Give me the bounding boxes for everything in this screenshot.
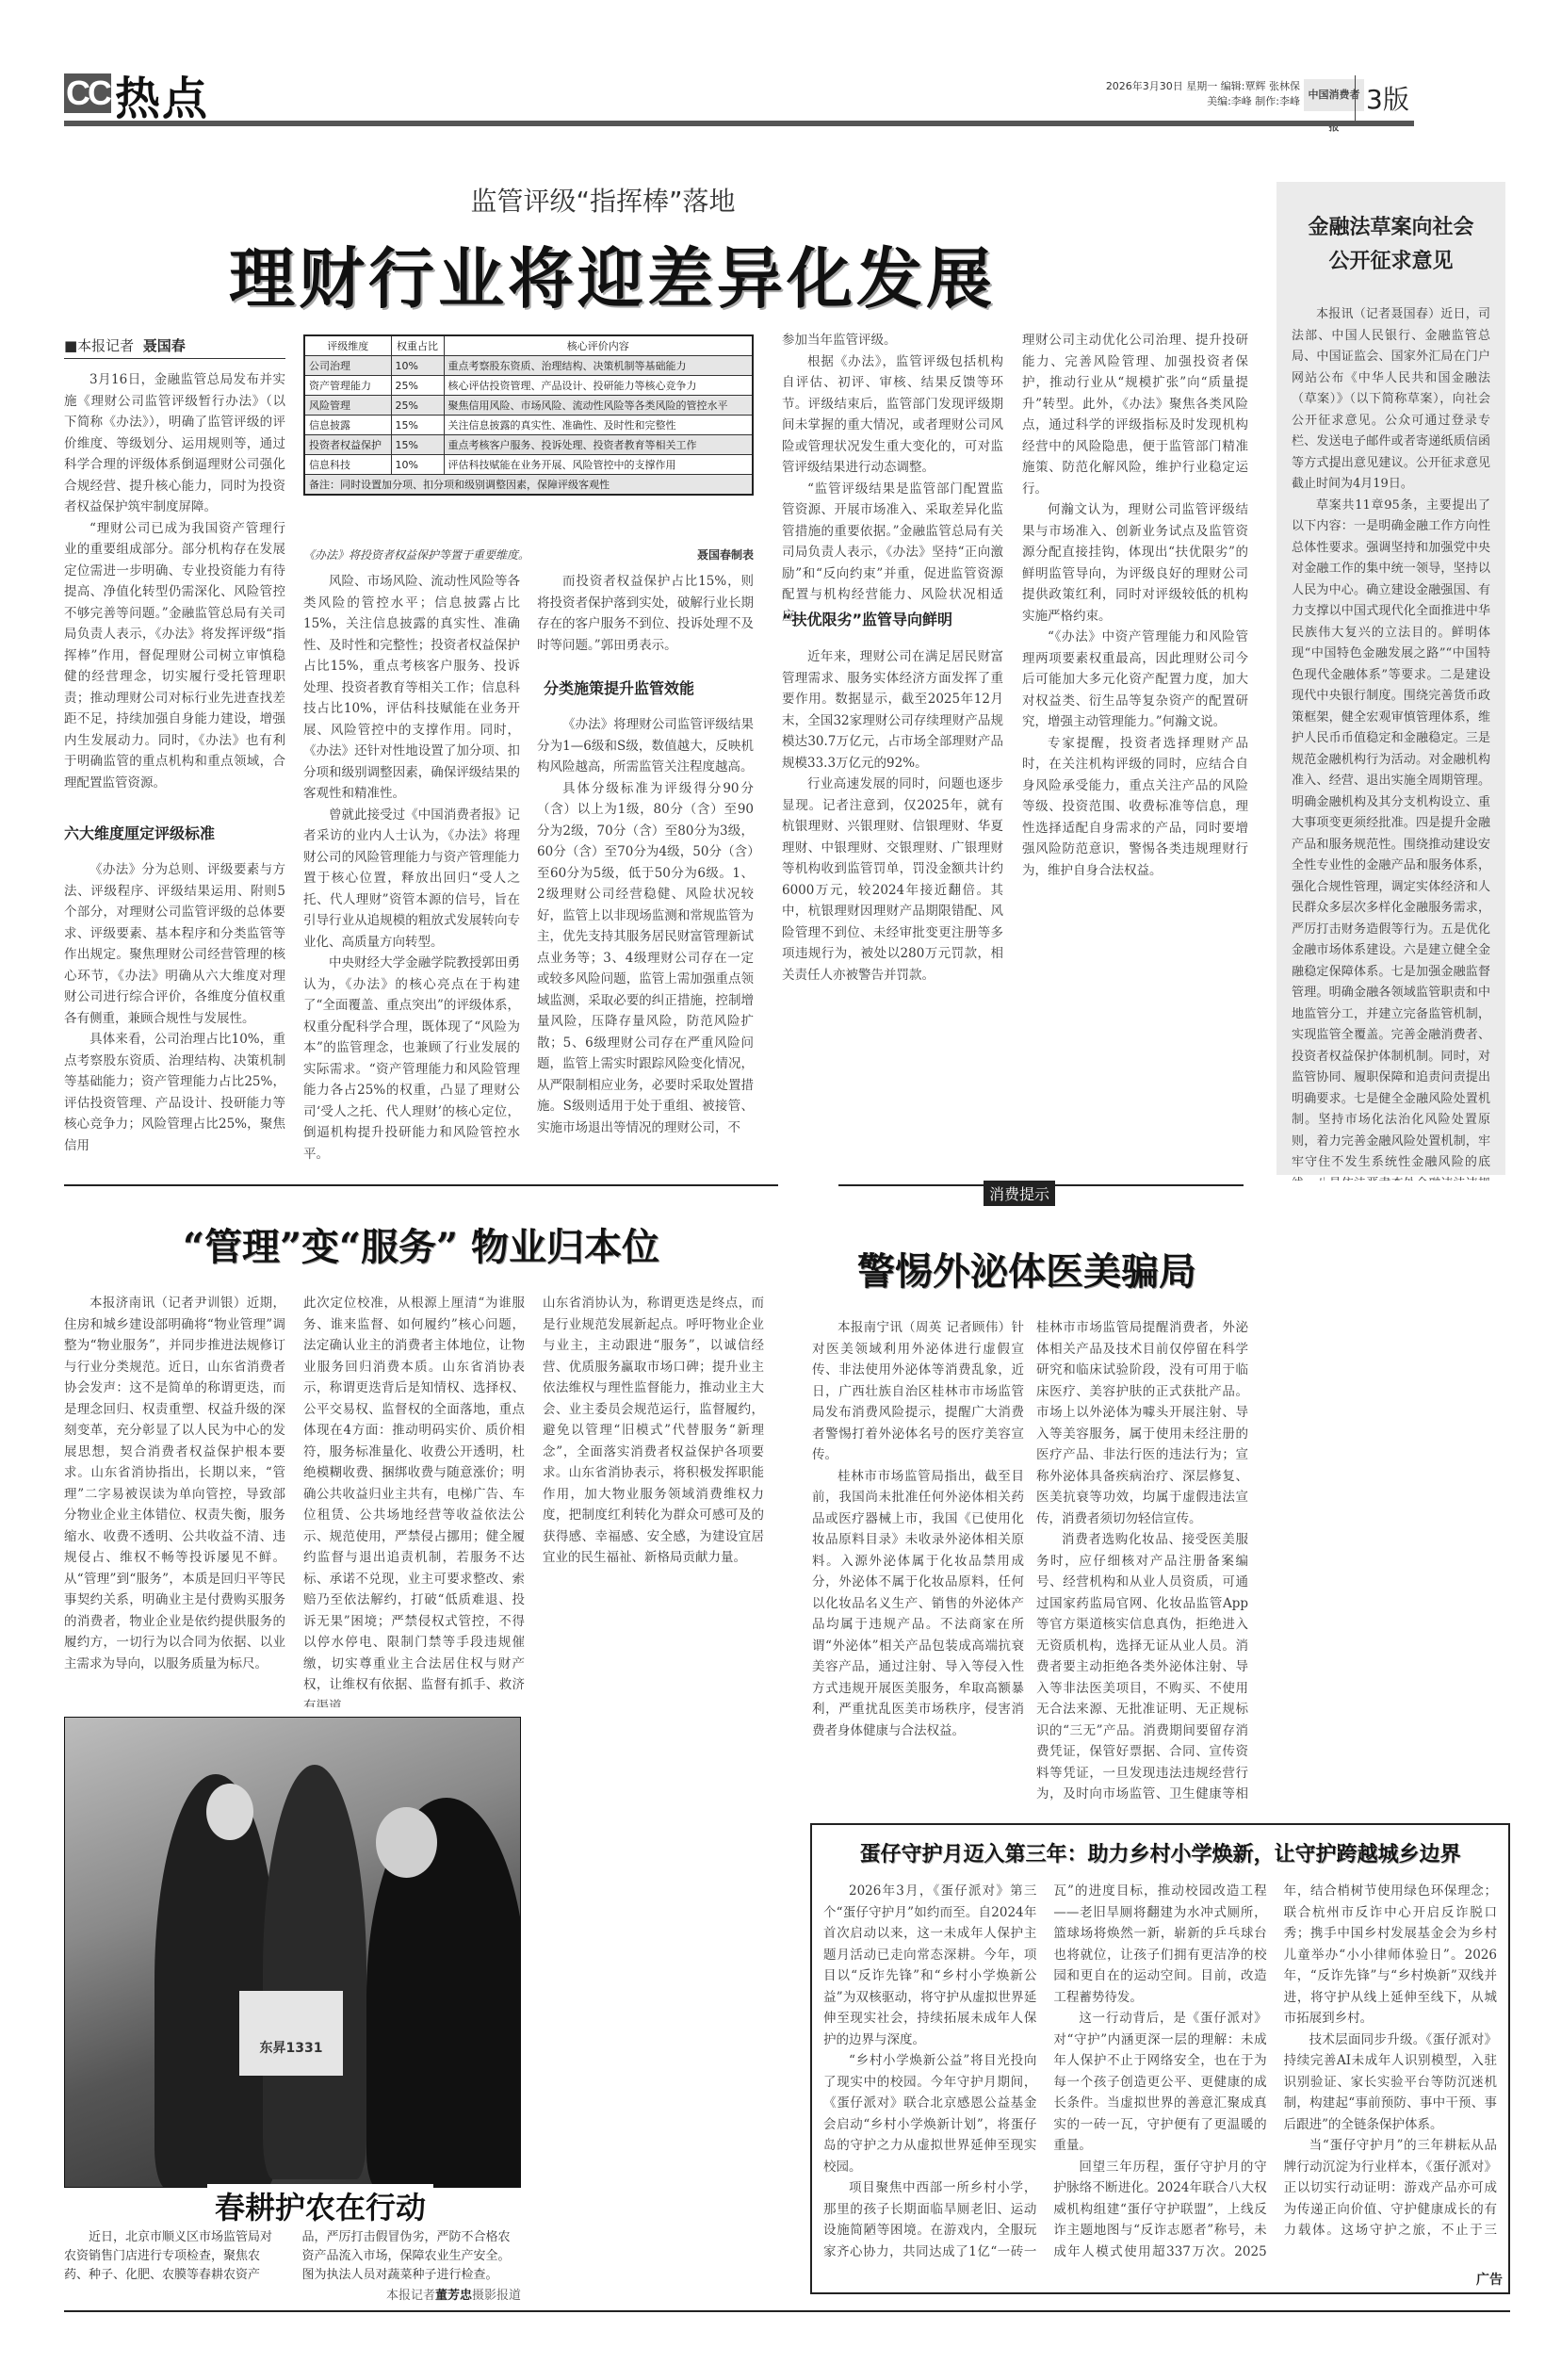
table-cell: 评估科技赋能在业务开展、风险管控中的支撑作用 bbox=[444, 455, 753, 475]
sidebar-title-line: 金融法草案向社会 bbox=[1292, 210, 1490, 244]
lead-para: 而投资者权益保护占比15%，则将投资者保护落到实处，破解行业长期存在的客户服务不… bbox=[537, 571, 754, 656]
ad-headline: 蛋仔守护月迈入第三年：助力乡村小学焕新，让守护跨越城乡边界 bbox=[823, 1838, 1497, 1867]
lead-col-1: 3月16日，金融监管总局发布并实施《理财公司监管评级暂行办法》（以下简称《办法》… bbox=[64, 369, 285, 793]
masthead-meta: 2026年3月30日 星期一 编辑:覃辉 张林保 美编:李峰 制作:李峰 bbox=[994, 79, 1300, 109]
lead-para: 具体来看，公司治理占比10%，重点考察股东资质、治理结构、决策机制等基础能力；资… bbox=[64, 1029, 285, 1156]
ad-para: “乡村小学焕新公益”将目光投向了现实中的校园。今年守护月期间，《蛋仔派对》联合北… bbox=[823, 2050, 1036, 2177]
lead-para: 具体分级标准为评级得分90分（含）以上为1级，80分（含）至90分为2级，70分… bbox=[537, 778, 754, 1139]
table-cell: 聚焦信用风险、市场风险、流动性风险等各类风险的管控水平 bbox=[444, 396, 753, 416]
table-cell: 15% bbox=[391, 435, 444, 455]
rating-table: 评级维度 权重占比 核心评价内容 公司治理 10% 重点考察股东资质、治理结构、… bbox=[303, 334, 754, 496]
sidebar-para: 草案共11章95条，主要提出了以下内容：一是明确金融工作方向性总体性要求。强调坚… bbox=[1292, 496, 1490, 1182]
lead-col-2: 风险、市场风险、流动性风险等各类风险的管控水平；信息披露占比15%，关注信息披露… bbox=[303, 571, 520, 1174]
lead-col-3b: 《办法》将理财公司监管评级结果分为1—6级和S级，数值越大，反映机构风险越高，所… bbox=[537, 714, 754, 1174]
masthead-logo: CCN bbox=[64, 73, 111, 113]
ad-para: 2026年3月，《蛋仔派对》第三个“蛋仔守护月”如约而至。自2024年首次启动以… bbox=[823, 1881, 1036, 2050]
photo-credit: 本报记者董芳忠摄影报道 bbox=[283, 2285, 521, 2303]
lead-col-3: 而投资者权益保护占比15%，则将投资者保护落到实处，破解行业长期存在的客户服务不… bbox=[537, 571, 754, 656]
photo-figure-officer bbox=[154, 1774, 277, 2188]
section-rule bbox=[64, 1184, 778, 1186]
table-caption-text: 《办法》将投资者权益保护等置于重要维度。 bbox=[303, 548, 529, 562]
table-cell: 15% bbox=[391, 416, 444, 435]
lead-para: 《办法》将理财公司监管评级结果分为1—6级和S级，数值越大，反映机构风险越高，所… bbox=[537, 714, 754, 778]
sidebar-title-line: 公开征求意见 bbox=[1292, 244, 1490, 278]
credit-name: 董芳忠 bbox=[435, 2289, 472, 2303]
table-note-row: 备注：同时设置加分项、扣分项和级别调整因素，保障评级客观性 bbox=[304, 475, 753, 496]
table-cell: 关注信息披露的真实性、准确性、及时性和完整性 bbox=[444, 416, 753, 435]
editors-line: 美编:李峰 制作:李峰 bbox=[994, 94, 1300, 109]
lead-para: 中央财经大学金融学院教授郭田勇认为，《办法》的核心亮点在于构建了“全面覆盖、重点… bbox=[303, 953, 520, 1165]
property-col-1: 本报济南讯（记者尹训银）近期，住房和城乡建设部明确将“物业管理”调整为“物业服务… bbox=[64, 1293, 285, 1707]
table-row: 信息披露 15% 关注信息披露的真实性、准确性、及时性和完整性 bbox=[304, 416, 753, 435]
lead-col-5: 理财公司主动优化公司治理、提升投研能力、完善风险管理、加强投资者保护，推动行业从… bbox=[1022, 330, 1248, 1174]
sidebar-box: 金融法草案向社会 公开征求意见 本报讯（记者聂国春）近日，司法部、中国人民银行、… bbox=[1276, 182, 1505, 1175]
date-line: 2026年3月30日 星期一 编辑:覃辉 张林保 bbox=[994, 79, 1300, 94]
lead-para: 3月16日，金融监管总局发布并实施《理财公司监管评级暂行办法》（以下简称《办法》… bbox=[64, 369, 285, 518]
photo-title: 春耕护农在行动 bbox=[207, 2184, 433, 2227]
consumer-tip-headline: 警惕外泌体医美骗局 bbox=[810, 1242, 1244, 1296]
lead-para: “《办法》中资产管理能力和风险管理两项要素权重最高，因此理财公司今后可能加大多元… bbox=[1022, 627, 1248, 733]
lead-subhead-2: 分类施策提升监管效能 bbox=[544, 677, 760, 698]
lead-byline: ■本报记者 聂国春 bbox=[64, 335, 285, 359]
property-headline: “管理”变“服务” 物业归本位 bbox=[64, 1217, 778, 1271]
lead-para: 风险、市场风险、流动性风险等各类风险的管控水平；信息披露占比15%，关注信息披露… bbox=[303, 571, 520, 805]
byline-prefix: ■本报记者 bbox=[64, 337, 134, 354]
consumer-col-2: 桂林市市场监管局提醒消费者，外泌体相关产品及技术目前仅停留在科学研究和临床试验阶… bbox=[1036, 1317, 1248, 1807]
lead-col-4b: 近年来，理财公司在满足居民财富管理需求、服务实体经济方面发挥了重要作用。数据显示… bbox=[782, 646, 1003, 1174]
table-note: 备注：同时设置加分项、扣分项和级别调整因素，保障评级客观性 bbox=[304, 475, 753, 496]
property-para: 本报济南讯（记者尹训银）近期，住房和城乡建设部明确将“物业管理”调整为“物业服务… bbox=[64, 1293, 285, 1674]
ad-body: 2026年3月，《蛋仔派对》第三个“蛋仔守护月”如约而至。自2024年首次启动以… bbox=[823, 1881, 1497, 2276]
section-title: 热点 bbox=[115, 62, 209, 127]
ad-label: 广告 bbox=[1476, 2270, 1503, 2289]
lead-col-1b: 《办法》分为总则、评级要素与方法、评级程序、评级结果运用、附则5个部分，对理财公… bbox=[64, 859, 285, 1170]
table-row: 公司治理 10% 重点考察股东资质、治理结构、决策机制等基础能力 bbox=[304, 356, 753, 376]
property-col-2: 此次定位校准，从根源上厘清“为谁服务、谁来监督、如何履约”核心问题，法定确认业主… bbox=[303, 1293, 525, 1707]
credit-prefix: 本报记者 bbox=[386, 2289, 435, 2303]
masthead-divider bbox=[1355, 75, 1356, 121]
lead-para: 根据《办法》，监管评级包括机构自评估、初评、审核、结果反馈等环节。评级结束后，监… bbox=[782, 351, 1003, 479]
lead-para: 理财公司主动优化公司治理、提升投研能力、完善风险管理、加强投资者保护，推动行业从… bbox=[1022, 330, 1248, 499]
lead-para: “理财公司已成为我国资产管理行业的重要组成部分。部分机构存在发展定位需进一步明确… bbox=[64, 518, 285, 794]
sidebar-para: 本报讯（记者聂国春）近日，司法部、中国人民银行、金融监管总局、中国证监会、国家外… bbox=[1292, 304, 1490, 496]
table-header: 评级维度 bbox=[304, 335, 391, 356]
table-row: 资产管理能力 25% 核心评估投资管理、产品设计、投研能力等核心竞争力 bbox=[304, 376, 753, 396]
table-cell: 公司治理 bbox=[304, 356, 391, 376]
table-cell: 信息披露 bbox=[304, 416, 391, 435]
ad-para: 这一行动背后，是《蛋仔派对》对“守护”内涵更深一层的理解：未成年人保护不止于网络… bbox=[1053, 2008, 1266, 2157]
page-bottom-rule bbox=[64, 2310, 1510, 2312]
table-cell: 核心评估投资管理、产品设计、投研能力等核心竞争力 bbox=[444, 376, 753, 396]
table-cell: 重点考察股东资质、治理结构、决策机制等基础能力 bbox=[444, 356, 753, 376]
table-cell: 风险管理 bbox=[304, 396, 391, 416]
byline-name: 聂国春 bbox=[143, 337, 186, 354]
masthead-rule bbox=[64, 121, 1414, 126]
table-cell: 重点考核客户服务、投诉处理、投资者教育等相关工作 bbox=[444, 435, 753, 455]
sidebar-body: 本报讯（记者聂国春）近日，司法部、中国人民银行、金融监管总局、中国证监会、国家外… bbox=[1292, 304, 1490, 1181]
lead-para: 行业高速发展的同时，问题也逐步显现。记者注意到，仅2025年，就有杭银理财、兴银… bbox=[782, 774, 1003, 986]
table-row: 投资者权益保护 15% 重点考核客户服务、投诉处理、投资者教育等相关工作 bbox=[304, 435, 753, 455]
table-cell: 10% bbox=[391, 455, 444, 475]
photo-face bbox=[376, 1807, 437, 1878]
consumer-tip-tag: 消费提示 bbox=[984, 1181, 1055, 1206]
consumer-col-1: 本报南宁讯（周英 记者顾伟）针对医美领域利用外泌体进行虚假宣传、非法使用外泌体等… bbox=[812, 1317, 1024, 1807]
credit-suffix: 摄影报道 bbox=[472, 2289, 521, 2303]
lead-para: 近年来，理财公司在满足居民财富管理需求、服务实体经济方面发挥了重要作用。数据显示… bbox=[782, 646, 1003, 774]
seed-package: 东昇1331 bbox=[239, 1991, 343, 2076]
consumer-para: 本报南宁讯（周英 记者顾伟）针对医美领域利用外泌体进行虚假宣传、非法使用外泌体等… bbox=[812, 1317, 1024, 1466]
table-credit: 聂国春制表 bbox=[697, 546, 754, 562]
property-col-3: 山东省消协认为，称谓更迭是终点，而是行业规范发展新起点。呼吁物业企业与业主，主动… bbox=[543, 1293, 764, 1707]
lead-col-4: 参加当年监管评级。 根据《办法》，监管评级包括机构自评估、初评、审核、结果反馈等… bbox=[782, 330, 1003, 627]
lead-subhead-1: 六大维度厘定评级标准 bbox=[64, 822, 285, 843]
ad-para: 技术层面同步升级。《蛋仔派对》持续完善AI未成年人识别模型，入驻识别验证、家长实… bbox=[1284, 2030, 1497, 2136]
lead-para: 《办法》分为总则、评级要素与方法、评级程序、评级结果运用、附则5个部分，对理财公… bbox=[64, 859, 285, 1029]
table-cell: 信息科技 bbox=[304, 455, 391, 475]
lead-para: 何瀚文认为，理财公司监管评级结果与市场准入、创新业务试点及监管资源分配直接挂钩，… bbox=[1022, 499, 1248, 627]
table-cell: 25% bbox=[391, 396, 444, 416]
news-photo: 东昇1331 bbox=[64, 1717, 521, 2188]
sidebar-title: 金融法草案向社会 公开征求意见 bbox=[1292, 210, 1490, 278]
table-row: 信息科技 10% 评估科技赋能在业务开展、风险管控中的支撑作用 bbox=[304, 455, 753, 475]
table-caption: 《办法》将投资者权益保护等置于重要维度。 聂国春制表 bbox=[303, 546, 754, 562]
lead-kicker: 监管评级“指挥棒”落地 bbox=[188, 181, 1017, 219]
photo-face bbox=[206, 1784, 253, 1840]
table-cell: 资产管理能力 bbox=[304, 376, 391, 396]
page-number: 3版 bbox=[1366, 79, 1409, 117]
property-para: 此次定位校准，从根源上厘清“为谁服务、谁来监督、如何履约”核心问题，法定确认业主… bbox=[303, 1293, 525, 1707]
photo-caption: 近日，北京市顺义区市场监管局对农资销售门店进行专项检查，聚焦农药、种子、化肥、农… bbox=[64, 2228, 521, 2285]
lead-para: 曾就此接受过《中国消费者报》记者采访的业内人士认为，《办法》将理财公司的风险管理… bbox=[303, 805, 520, 954]
consumer-para: 消费者选购化妆品、接受医美服务时，应仔细核对产品注册备案编号、经营机构和从业人员… bbox=[1036, 1529, 1248, 1807]
lead-headline: 理财行业将迎差异化发展 bbox=[188, 226, 1036, 321]
table-cell: 25% bbox=[391, 376, 444, 396]
table-cell: 投资者权益保护 bbox=[304, 435, 391, 455]
table-header: 核心评价内容 bbox=[444, 335, 753, 356]
property-para: 山东省消协认为，称谓更迭是终点，而是行业规范发展新起点。呼吁物业企业与业主，主动… bbox=[543, 1293, 764, 1569]
photo-figure-officer-2 bbox=[263, 1765, 366, 2179]
lead-para: “监管评级结果是监管部门配置监管资源、开展市场准入、采取差异化监管措施的重要依据… bbox=[782, 479, 1003, 628]
table-cell: 10% bbox=[391, 356, 444, 376]
consumer-para: 桂林市市场监管局提醒消费者，外泌体相关产品及技术目前仅停留在科学研究和临床试验阶… bbox=[1036, 1317, 1248, 1529]
lead-para: 专家提醒，投资者选择理财产品时，在关注机构评级的同时，应结合自身风险承受能力，重… bbox=[1022, 733, 1248, 882]
lead-para: 参加当年监管评级。 bbox=[782, 330, 1003, 351]
table-row: 风险管理 25% 聚焦信用风险、市场风险、流动性风险等各类风险的管控水平 bbox=[304, 396, 753, 416]
ad-box: 蛋仔守护月迈入第三年：助力乡村小学焕新，让守护跨越城乡边界 2026年3月，《蛋… bbox=[810, 1823, 1510, 2294]
lead-subhead-3: “扶优限劣”监管导向鲜明 bbox=[782, 608, 1003, 629]
table-header-row: 评级维度 权重占比 核心评价内容 bbox=[304, 335, 753, 356]
table-header: 权重占比 bbox=[391, 335, 444, 356]
consumer-para: 桂林市市场监管局指出，截至目前，我国尚未批准任何外泌体相关药品或医疗器械上市，我… bbox=[812, 1466, 1024, 1742]
